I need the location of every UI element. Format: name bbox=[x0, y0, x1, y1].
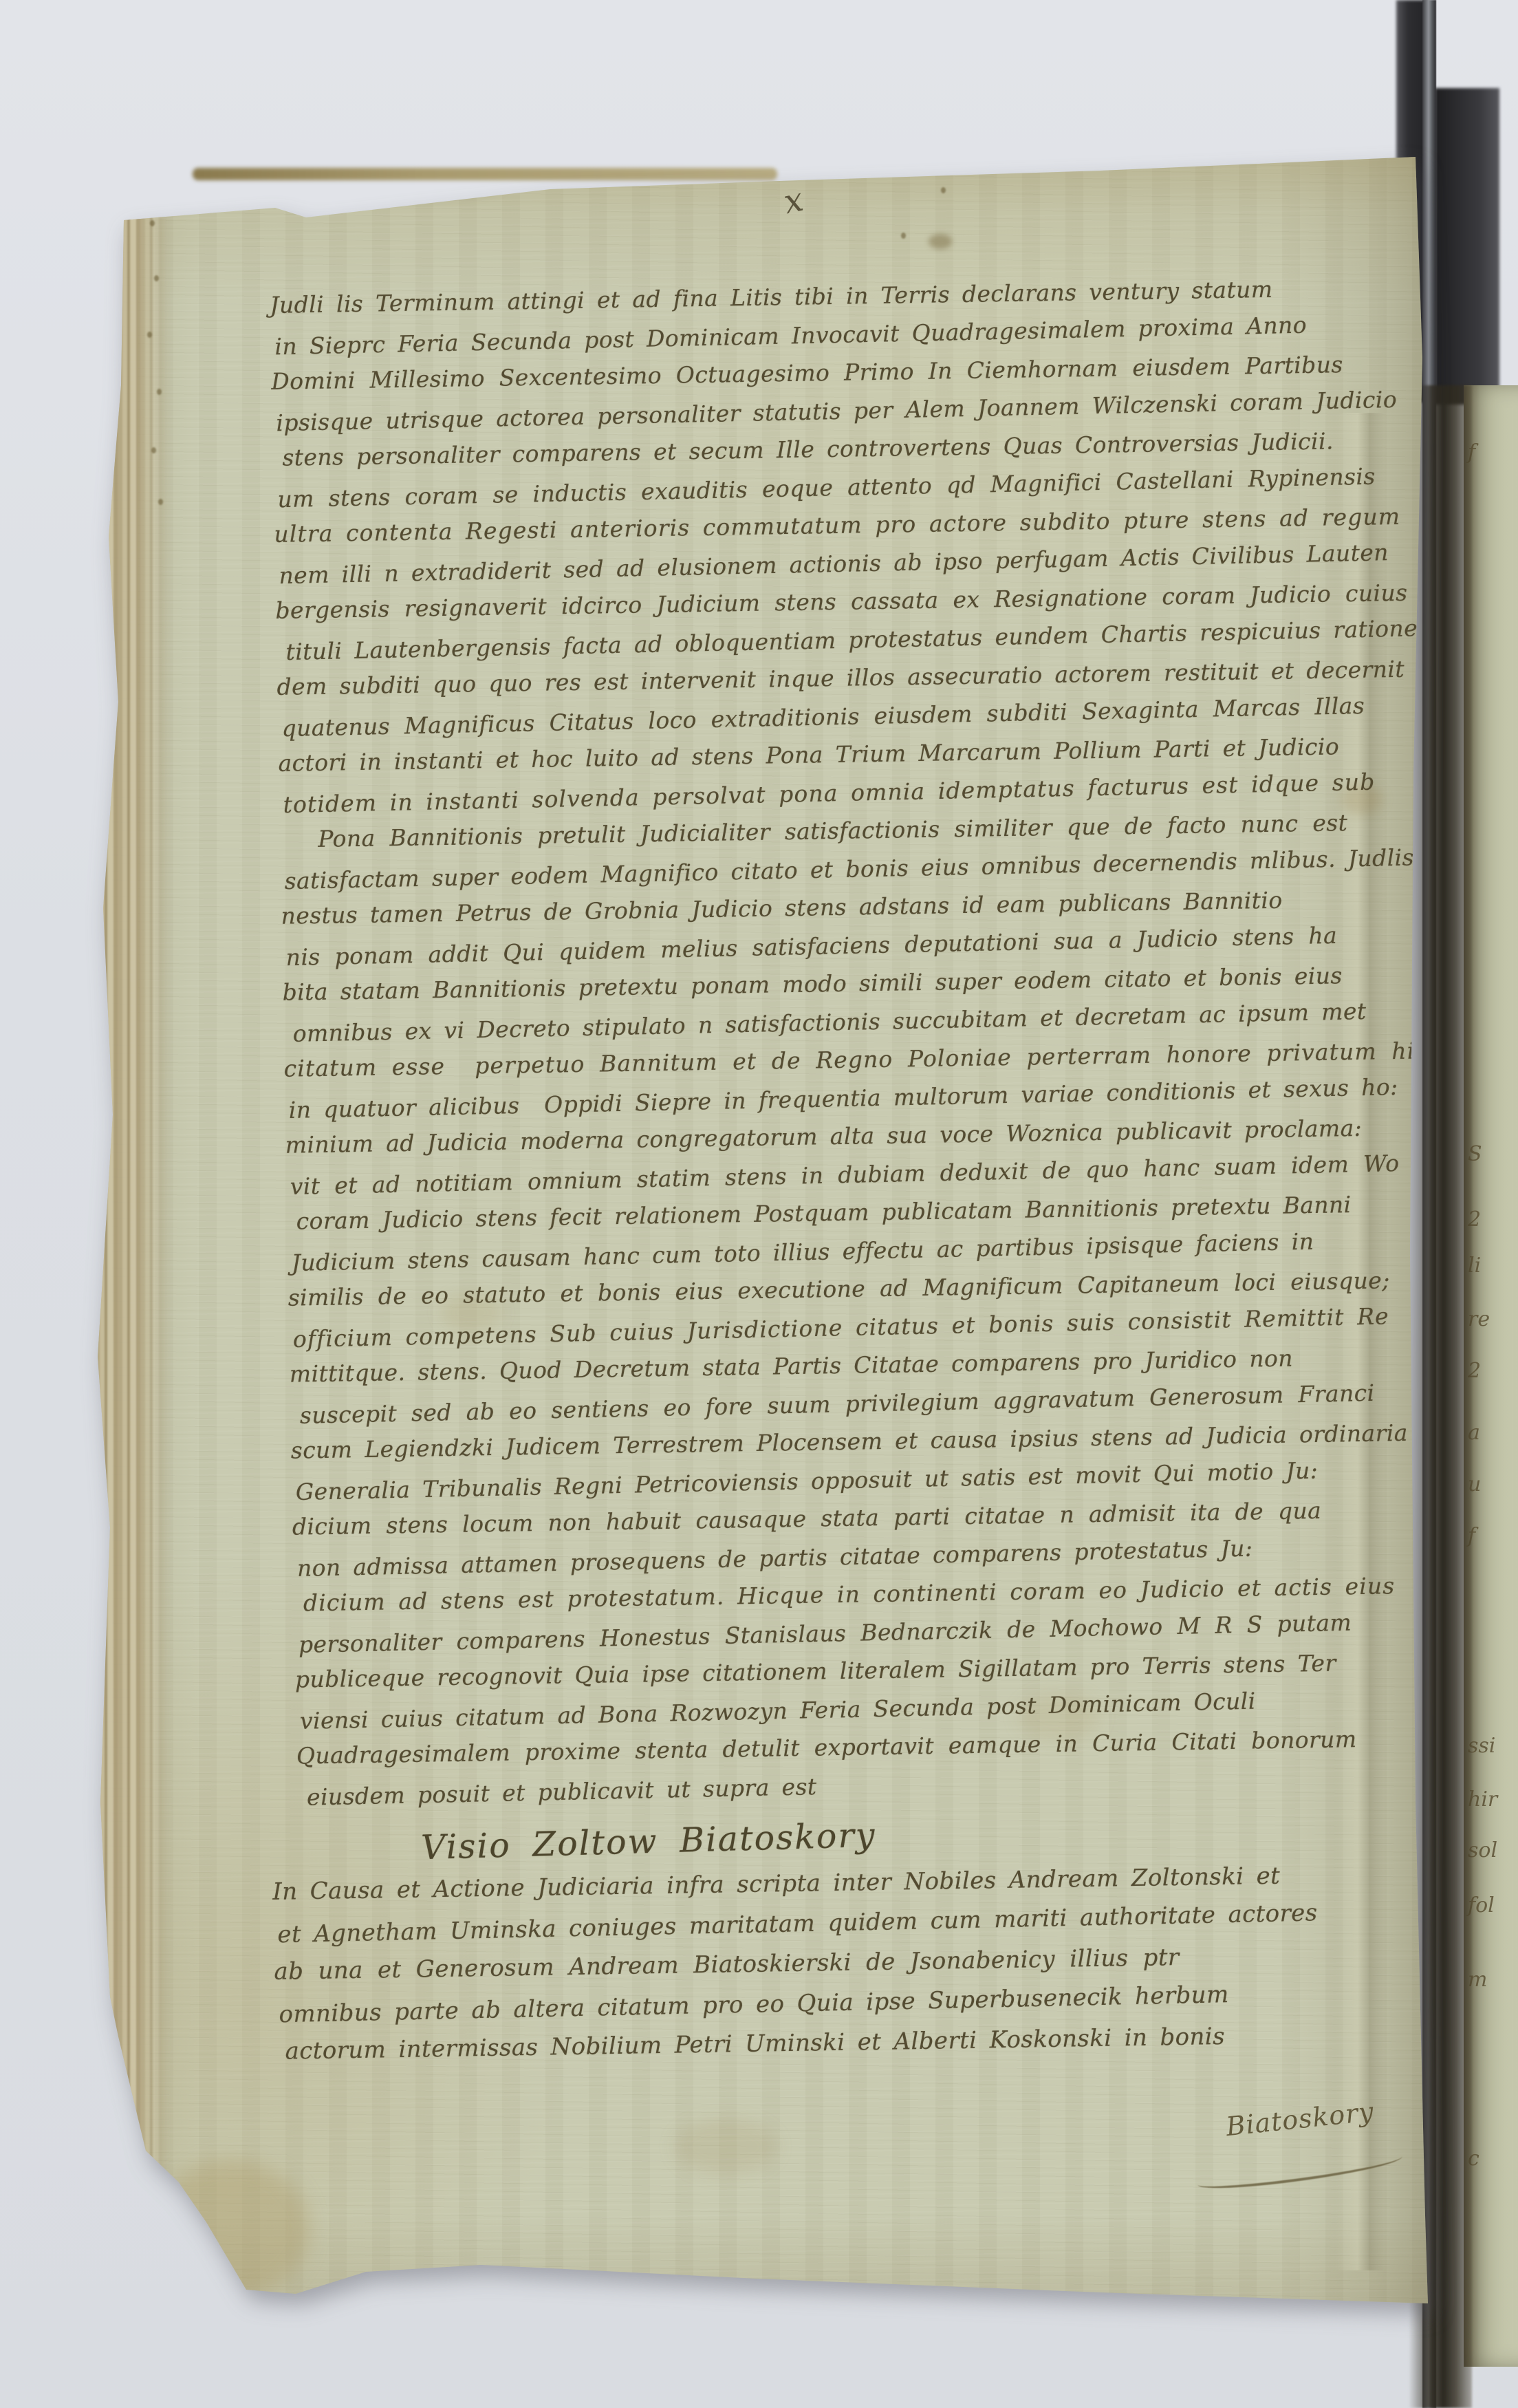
binding-rod-shadow-right bbox=[1435, 88, 1499, 405]
marginal-text-fragment: hir bbox=[1468, 1787, 1497, 1812]
ink-speck bbox=[151, 447, 156, 453]
scanned-book-photo: fS2lire2aufssihirsolfolmc x Judli lis Te… bbox=[0, 0, 1518, 2408]
page-left-worn-edge bbox=[95, 151, 171, 2325]
folio-mark: x bbox=[780, 180, 806, 222]
manuscript-page: x Judli lis Terminum attingi et ad fina … bbox=[69, 151, 1438, 2325]
ink-speck bbox=[154, 275, 159, 281]
marginal-text-fragment: sol bbox=[1468, 1838, 1497, 1862]
ink-speck bbox=[147, 332, 152, 338]
ink-speck bbox=[929, 234, 952, 249]
ink-speck bbox=[901, 233, 906, 239]
manuscript-text-block-2: In Causa et Actione Judiciaria infra scr… bbox=[272, 1858, 1445, 2079]
ink-speck bbox=[157, 389, 162, 395]
foxing-stain bbox=[674, 2119, 777, 2174]
corner-stain bbox=[151, 2160, 310, 2298]
ink-speck bbox=[941, 187, 946, 193]
section-heading: Visio Zoltow Biatoskory bbox=[420, 1816, 876, 1867]
manuscript-text-block: Judli lis Terminum attingi et ad fina Li… bbox=[270, 272, 1460, 1820]
ink-speck bbox=[150, 220, 155, 226]
underlying-page-edge bbox=[193, 168, 777, 180]
marginal-text-fragment: ssi bbox=[1468, 1734, 1495, 1758]
ink-speck bbox=[158, 499, 163, 505]
